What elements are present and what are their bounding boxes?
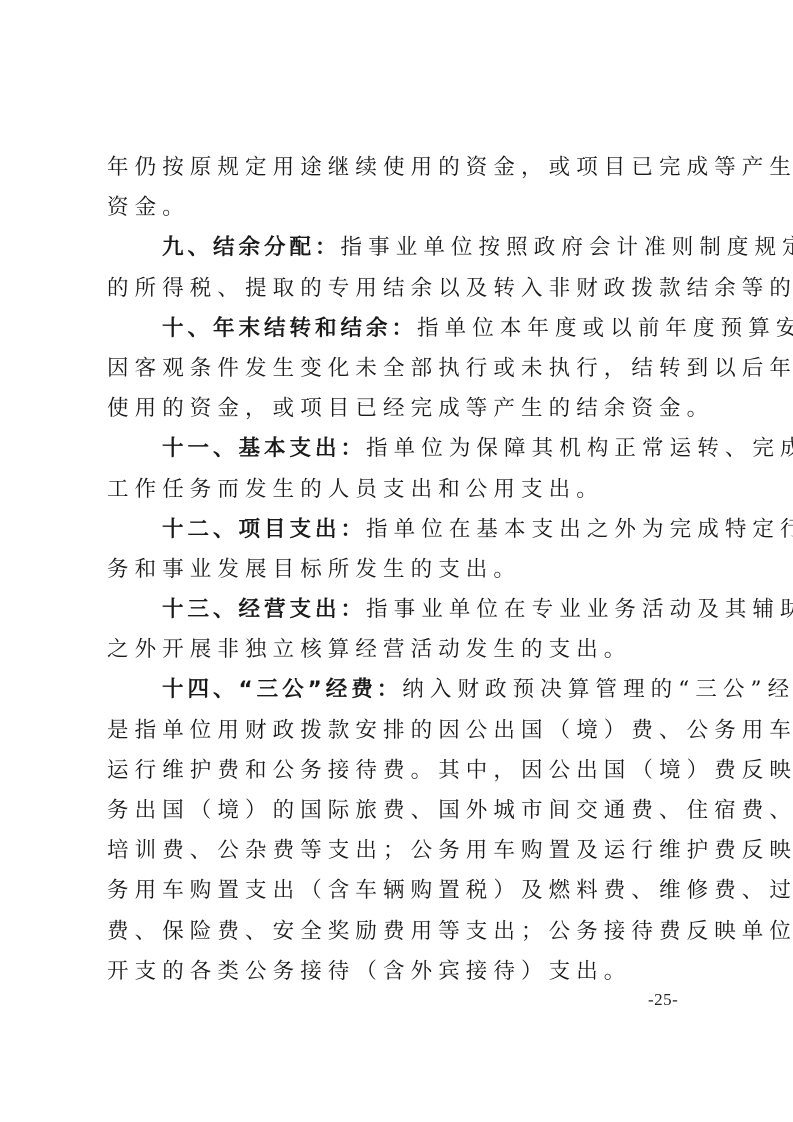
document-page: 年仍按原规定用途继续使用的资金，或项目已完成等产生的结余 资金。 九、结余分配：…	[107, 152, 693, 996]
text-line: 是指单位用财政拨款安排的因公出国（境）费、公务用车购置及	[107, 715, 693, 755]
text-line: 年仍按原规定用途继续使用的资金，或项目已完成等产生的结余	[107, 152, 693, 192]
text-line: 十一、基本支出：指单位为保障其机构正常运转、完成日常	[107, 433, 693, 473]
text-line: 资金。	[107, 192, 693, 232]
paragraph-year-end-carryover: 十、年末结转和结余：指单位本年度或以前年度预算安排、 因客观条件发生变化未全部执…	[107, 313, 693, 434]
paragraph-three-public-expenses: 十四、“三公”经费：纳入财政预决算管理的“三公”经费， 是指单位用财政拨款安排的…	[107, 674, 693, 996]
definition-text: 纳入财政预决算管理的“三公”经费，	[402, 677, 793, 702]
paragraph-surplus-distribution: 九、结余分配：指事业单位按照政府会计准则制度规定缴纳 的所得税、提取的专用结余以…	[107, 232, 693, 312]
text-line: 务和事业发展目标所发生的支出。	[107, 554, 693, 594]
text-line: 十三、经营支出：指事业单位在专业业务活动及其辅助活动	[107, 594, 693, 634]
term-heading: 九、结余分配：	[162, 235, 341, 260]
term-heading: 十四、“三公”经费：	[162, 677, 402, 702]
text-line: 九、结余分配：指事业单位按照政府会计准则制度规定缴纳	[107, 232, 693, 272]
definition-text: 指事业单位按照政府会计准则制度规定缴纳	[341, 235, 793, 260]
paragraph-project-expenditure: 十二、项目支出：指单位在基本支出之外为完成特定行政任 务和事业发展目标所发生的支…	[107, 514, 693, 594]
text-line: 十四、“三公”经费：纳入财政预决算管理的“三公”经费，	[107, 674, 693, 714]
text-line: 工作任务而发生的人员支出和公用支出。	[107, 474, 693, 514]
text-line: 十二、项目支出：指单位在基本支出之外为完成特定行政任	[107, 514, 693, 554]
text-line: 培训费、公杂费等支出；公务用车购置及运行维护费反映单位公	[107, 835, 693, 875]
paragraph-operating-expenditure: 十三、经营支出：指事业单位在专业业务活动及其辅助活动 之外开展非独立核算经营活动…	[107, 594, 693, 674]
text-line: 使用的资金，或项目已经完成等产生的结余资金。	[107, 393, 693, 433]
text-line: 费、保险费、安全奖励费用等支出；公务接待费反映单位按规定	[107, 916, 693, 956]
text-line: 务用车购置支出（含车辆购置税）及燃料费、维修费、过桥过路	[107, 875, 693, 915]
paragraph-basic-expenditure: 十一、基本支出：指单位为保障其机构正常运转、完成日常 工作任务而发生的人员支出和…	[107, 433, 693, 513]
text-line: 运行维护费和公务接待费。其中，因公出国（境）费反映单位公	[107, 755, 693, 795]
term-heading: 十一、基本支出：	[162, 436, 366, 461]
page-number: -25-	[648, 990, 678, 1010]
definition-text: 指事业单位在专业业务活动及其辅助活动	[366, 597, 793, 622]
definition-text: 指单位在基本支出之外为完成特定行政任	[366, 517, 793, 542]
text-line: 因客观条件发生变化未全部执行或未执行，结转到以后年度继续	[107, 353, 693, 393]
text-line: 务出国（境）的国际旅费、国外城市间交通费、住宿费、伙食费、	[107, 795, 693, 835]
text-line: 的所得税、提取的专用结余以及转入非财政拨款结余等的金额。	[107, 273, 693, 313]
term-heading: 十三、经营支出：	[162, 597, 366, 622]
paragraph-continuation: 年仍按原规定用途继续使用的资金，或项目已完成等产生的结余 资金。	[107, 152, 693, 232]
text-line: 开支的各类公务接待（含外宾接待）支出。	[107, 956, 693, 996]
term-heading: 十、年末结转和结余：	[162, 316, 417, 341]
definition-text: 指单位为保障其机构正常运转、完成日常	[366, 436, 793, 461]
term-heading: 十二、项目支出：	[162, 517, 366, 542]
definition-text: 指单位本年度或以前年度预算安排、	[417, 316, 793, 341]
text-line: 十、年末结转和结余：指单位本年度或以前年度预算安排、	[107, 313, 693, 353]
text-line: 之外开展非独立核算经营活动发生的支出。	[107, 634, 693, 674]
